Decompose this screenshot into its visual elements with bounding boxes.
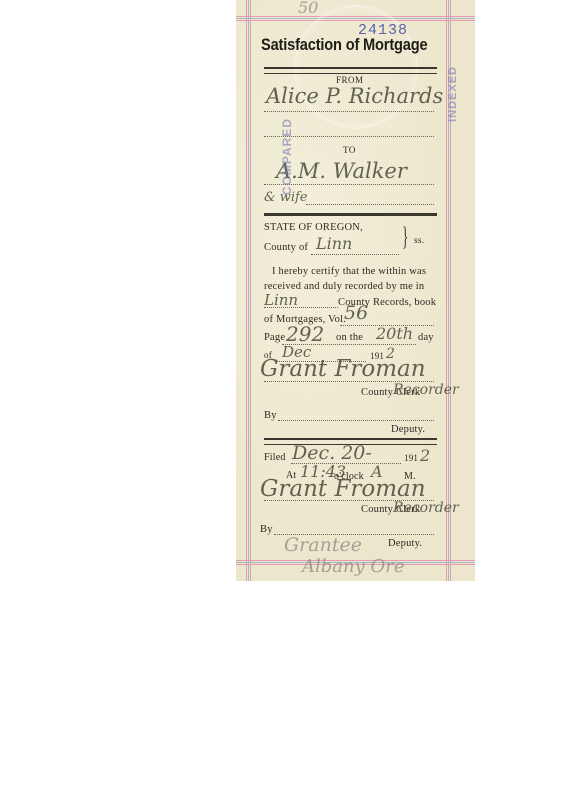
mortgage-document: 50 24138 Satisfaction of Mortgage FROM A… [236, 0, 475, 581]
filing-deputy-label: Deputy. [388, 538, 422, 549]
fill-line [264, 307, 338, 308]
by-label: By [264, 410, 277, 421]
to-label: TO [343, 145, 356, 155]
fill-line [311, 254, 399, 255]
certify-line-1: I hereby certify that the within was [272, 266, 426, 277]
pencil-mark: 50 [298, 0, 318, 17]
county-label: County of [264, 242, 308, 253]
state-label: STATE OF OREGON, [264, 222, 363, 233]
fill-line [264, 111, 434, 112]
filed-year-suffix: 2 [420, 446, 430, 465]
recorder-title-handwritten: Recorder [393, 382, 459, 398]
ss-label: ss. [414, 236, 424, 246]
pencil-note-address: Albany Ore [302, 556, 405, 577]
day-label: day [418, 332, 434, 343]
fill-line [306, 204, 434, 205]
document-title: Satisfaction of Mortgage [261, 35, 427, 55]
filing-by-label: By [260, 524, 273, 535]
indexed-stamp: INDEXED [447, 66, 459, 122]
ruling-line [250, 0, 251, 581]
on-the-label: on the [336, 332, 363, 343]
ruling-line [248, 0, 249, 581]
pencil-note-grantee: Grantee [284, 534, 362, 556]
ruling-line [246, 0, 247, 581]
page-label: Page [264, 332, 285, 343]
brace: } [402, 222, 408, 252]
deputy-label: Deputy. [391, 424, 425, 435]
to-name: A.M. Walker [276, 159, 407, 183]
compared-stamp: COMPARED [280, 118, 294, 195]
filed-date: Dec. 20- [292, 442, 372, 464]
filing-recorder-handwritten: Recorder [393, 500, 459, 516]
county-value: Linn [316, 234, 352, 253]
volume-value: 56 [344, 302, 368, 324]
filed-year-prefix: 191 [404, 453, 418, 463]
fill-line [278, 420, 434, 421]
filing-clerk-signature: Grant Froman [260, 476, 426, 502]
divider [264, 67, 437, 74]
divider [264, 213, 437, 216]
filed-label: Filed [264, 452, 286, 463]
day-value: 20th [376, 324, 413, 343]
from-name: Alice P. Richards [266, 84, 443, 108]
clerk-signature: Grant Froman [260, 356, 426, 382]
